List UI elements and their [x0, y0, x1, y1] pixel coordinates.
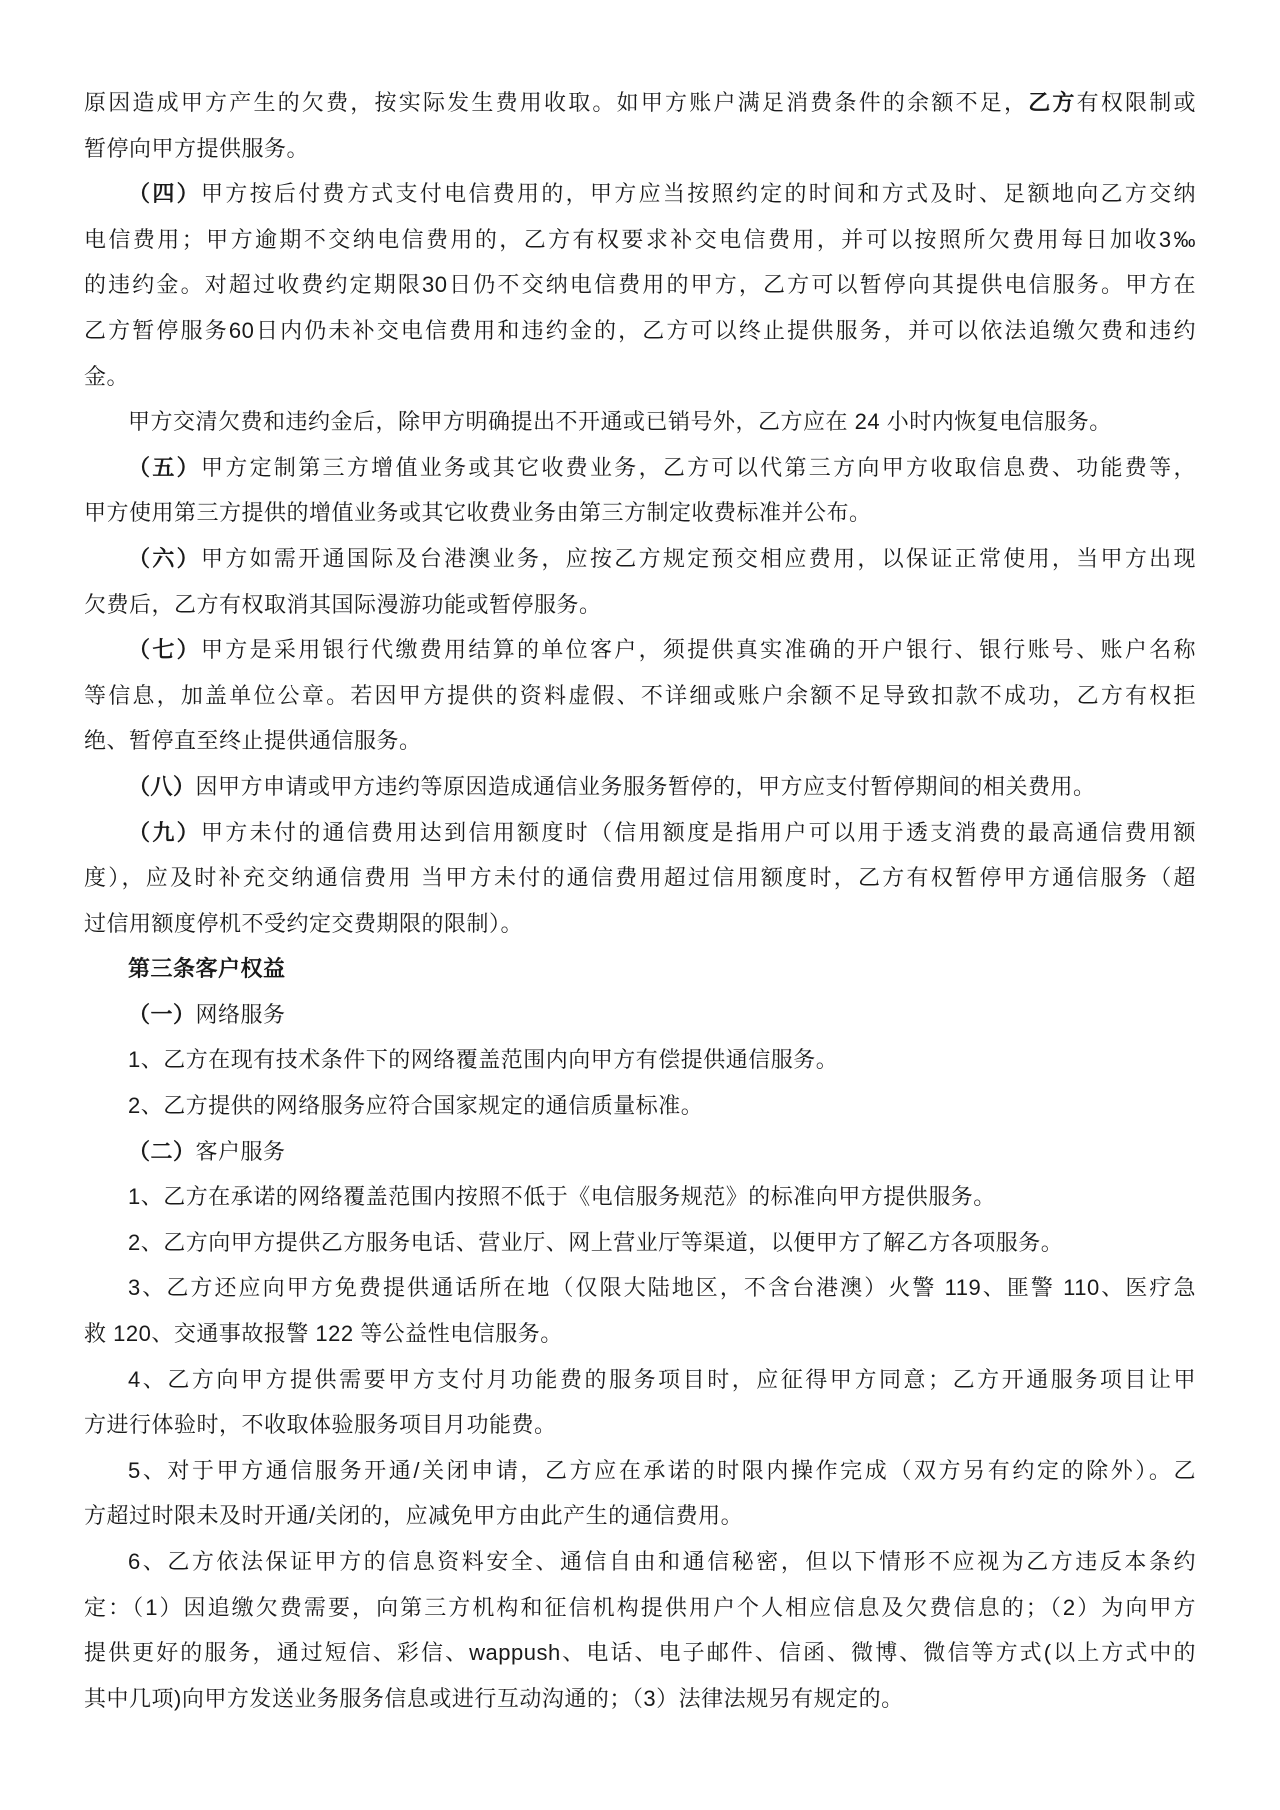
body-text: 绝、暂停直至终止提供通信服务。: [84, 728, 422, 753]
body-text: 乙方暂停服务60日内仍未补交电信费用和违约金的，乙方可以终止提供服务，并可以依法…: [84, 318, 1196, 343]
text-line: （五）甲方定制第三方增值业务或其它收费业务，乙方可以代第三方向甲方收取信息费、功…: [84, 445, 1196, 491]
bold-text: （四）: [128, 181, 201, 206]
body-text: 有权限制或: [1077, 90, 1196, 115]
body-text: 甲方交清欠费和违约金后，除甲方明确提出不开通或已销号外，乙方应在 24 小时内恢…: [128, 409, 1112, 434]
text-line: 度），应及时补充交纳通信费用 当甲方未付的通信费用超过信用额度时，乙方有权暂停甲…: [84, 855, 1196, 901]
text-line: （四）甲方按后付费方式支付电信费用的，甲方应当按照约定的时间和方式及时、足额地向…: [84, 171, 1196, 217]
body-text: 甲方如需开通国际及台港澳业务，应按乙方规定预交相应费用，以保证正常使用，当甲方出…: [201, 546, 1196, 571]
text-line: 救 120、交通事故报警 122 等公益性电信服务。: [84, 1311, 1196, 1357]
text-line: （七）甲方是采用银行代缴费用结算的单位客户，须提供真实准确的开户银行、银行账号、…: [84, 627, 1196, 673]
body-text: 等信息，加盖单位公章。若因甲方提供的资料虚假、不详细或账户余额不足导致扣款不成功…: [84, 683, 1196, 708]
text-block: 原因造成甲方产生的欠费，按实际发生费用收取。如甲方账户满足消费条件的余额不足，乙…: [84, 80, 1196, 1721]
body-text: 3、乙方还应向甲方免费提供通话所在地（仅限大陆地区，不含台港澳）火警 119、匪…: [128, 1275, 1196, 1300]
body-text: 定：（1）因追缴欠费需要，向第三方机构和征信机构提供用户个人相应信息及欠费信息的…: [84, 1595, 1196, 1620]
body-text: 因甲方申请或甲方违约等原因造成通信业务服务暂停的，甲方应支付暂停期间的相关费用。: [196, 774, 1096, 799]
bold-text: （五）: [128, 455, 201, 480]
body-text: 2、乙方向甲方提供乙方服务电话、营业厅、网上营业厅等渠道，以便甲方了解乙方各项服…: [128, 1230, 1063, 1255]
body-text: 甲方使用第三方提供的增值业务或其它收费业务由第三方制定收费标准并公布。: [84, 500, 872, 525]
text-line: （六）甲方如需开通国际及台港澳业务，应按乙方规定预交相应费用，以保证正常使用，当…: [84, 536, 1196, 582]
text-line: 6、乙方依法保证甲方的信息资料安全、通信自由和通信秘密，但以下情形不应视为乙方违…: [84, 1539, 1196, 1585]
text-line: 其中几项)向甲方发送业务服务信息或进行互动沟通的；（3）法律法规另有规定的。: [84, 1676, 1196, 1722]
body-text: 救 120、交通事故报警 122 等公益性电信服务。: [84, 1321, 563, 1346]
text-line: 金。: [84, 354, 1196, 400]
text-line: 2、乙方提供的网络服务应符合国家规定的通信质量标准。: [84, 1083, 1196, 1129]
text-line: 第三条客户权益: [84, 946, 1196, 992]
text-line: 5、对于甲方通信服务开通/关闭申请，乙方应在承诺的时限内操作完成（双方另有约定的…: [84, 1448, 1196, 1494]
document-page: 原因造成甲方产生的欠费，按实际发生费用收取。如甲方账户满足消费条件的余额不足，乙…: [0, 0, 1280, 1810]
body-text: 甲方定制第三方增值业务或其它收费业务，乙方可以代第三方向甲方收取信息费、功能费等…: [201, 455, 1196, 480]
text-line: 3、乙方还应向甲方免费提供通话所在地（仅限大陆地区，不含台港澳）火警 119、匪…: [84, 1265, 1196, 1311]
text-line: 暂停向甲方提供服务。: [84, 126, 1196, 172]
bold-text: （九）: [128, 820, 201, 845]
text-line: 方超过时限未及时开通/关闭的，应减免甲方由此产生的通信费用。: [84, 1493, 1196, 1539]
body-text: 度），应及时补充交纳通信费用 当甲方未付的通信费用超过信用额度时，乙方有权暂停甲…: [84, 865, 1196, 890]
body-text: 的违约金。对超过收费约定期限30日仍不交纳电信费用的甲方，乙方可以暂停向其提供电…: [84, 272, 1196, 297]
text-line: 乙方暂停服务60日内仍未补交电信费用和违约金的，乙方可以终止提供服务，并可以依法…: [84, 308, 1196, 354]
body-text: 暂停向甲方提供服务。: [84, 136, 309, 161]
bold-text: 乙方: [1028, 90, 1076, 115]
body-text: 4、乙方向甲方提供需要甲方支付月功能费的服务项目时，应征得甲方同意；乙方开通服务…: [128, 1367, 1196, 1392]
text-line: 过信用额度停机不受约定交费期限的限制）。: [84, 901, 1196, 947]
body-text: 金。: [84, 364, 129, 389]
body-text: 6、乙方依法保证甲方的信息资料安全、通信自由和通信秘密，但以下情形不应视为乙方违…: [128, 1549, 1196, 1574]
text-line: 提供更好的服务，通过短信、彩信、wappush、电话、电子邮件、信函、微博、微信…: [84, 1630, 1196, 1676]
bold-text: （一）: [128, 1002, 196, 1027]
body-text: 1、乙方在承诺的网络覆盖范围内按照不低于《电信服务规范》的标准向甲方提供服务。: [128, 1184, 996, 1209]
text-line: （九）甲方未付的通信费用达到信用额度时（信用额度是指用户可以用于透支消费的最高通…: [84, 810, 1196, 856]
body-text: 方超过时限未及时开通/关闭的，应减免甲方由此产生的通信费用。: [84, 1503, 743, 1528]
body-text: 2、乙方提供的网络服务应符合国家规定的通信质量标准。: [128, 1093, 703, 1118]
text-line: 欠费后，乙方有权取消其国际漫游功能或暂停服务。: [84, 582, 1196, 628]
body-text: 甲方按后付费方式支付电信费用的，甲方应当按照约定的时间和方式及时、足额地向乙方交…: [201, 181, 1196, 206]
text-line: 甲方使用第三方提供的增值业务或其它收费业务由第三方制定收费标准并公布。: [84, 490, 1196, 536]
text-line: 绝、暂停直至终止提供通信服务。: [84, 718, 1196, 764]
body-text: 过信用额度停机不受约定交费期限的限制）。: [84, 911, 523, 936]
bold-text: （六）: [128, 546, 201, 571]
body-text: 网络服务: [196, 1002, 286, 1027]
body-text: 欠费后，乙方有权取消其国际漫游功能或暂停服务。: [84, 592, 602, 617]
body-text: 电信费用；甲方逾期不交纳电信费用的，乙方有权要求补交电信费用，并可以按照所欠费用…: [84, 227, 1196, 252]
body-text: 甲方是采用银行代缴费用结算的单位客户，须提供真实准确的开户银行、银行账号、账户名…: [201, 637, 1196, 662]
bold-text: （八）: [128, 774, 196, 799]
body-text: 1、乙方在现有技术条件下的网络覆盖范围内向甲方有偿提供通信服务。: [128, 1047, 838, 1072]
text-line: 1、乙方在承诺的网络覆盖范围内按照不低于《电信服务规范》的标准向甲方提供服务。: [84, 1174, 1196, 1220]
body-text: 其中几项)向甲方发送业务服务信息或进行互动沟通的；（3）法律法规另有规定的。: [84, 1686, 904, 1711]
text-line: 等信息，加盖单位公章。若因甲方提供的资料虚假、不详细或账户余额不足导致扣款不成功…: [84, 673, 1196, 719]
bold-text: 第三条客户权益: [128, 956, 286, 981]
body-text: 客户服务: [196, 1139, 286, 1164]
text-line: 1、乙方在现有技术条件下的网络覆盖范围内向甲方有偿提供通信服务。: [84, 1037, 1196, 1083]
text-line: 的违约金。对超过收费约定期限30日仍不交纳电信费用的甲方，乙方可以暂停向其提供电…: [84, 262, 1196, 308]
text-line: 原因造成甲方产生的欠费，按实际发生费用收取。如甲方账户满足消费条件的余额不足，乙…: [84, 80, 1196, 126]
text-line: 甲方交清欠费和违约金后，除甲方明确提出不开通或已销号外，乙方应在 24 小时内恢…: [84, 399, 1196, 445]
text-line: 4、乙方向甲方提供需要甲方支付月功能费的服务项目时，应征得甲方同意；乙方开通服务…: [84, 1357, 1196, 1403]
text-line: （二）客户服务: [84, 1129, 1196, 1175]
body-text: 提供更好的服务，通过短信、彩信、wappush、电话、电子邮件、信函、微博、微信…: [84, 1640, 1196, 1665]
text-line: 方进行体验时，不收取体验服务项目月功能费。: [84, 1402, 1196, 1448]
text-line: 电信费用；甲方逾期不交纳电信费用的，乙方有权要求补交电信费用，并可以按照所欠费用…: [84, 217, 1196, 263]
body-text: 方进行体验时，不收取体验服务项目月功能费。: [84, 1412, 557, 1437]
text-line: 2、乙方向甲方提供乙方服务电话、营业厅、网上营业厅等渠道，以便甲方了解乙方各项服…: [84, 1220, 1196, 1266]
body-text: 5、对于甲方通信服务开通/关闭申请，乙方应在承诺的时限内操作完成（双方另有约定的…: [128, 1458, 1196, 1483]
bold-text: （七）: [128, 637, 201, 662]
text-line: 定：（1）因追缴欠费需要，向第三方机构和征信机构提供用户个人相应信息及欠费信息的…: [84, 1585, 1196, 1631]
body-text: 原因造成甲方产生的欠费，按实际发生费用收取。如甲方账户满足消费条件的余额不足，: [84, 90, 1028, 115]
body-text: 甲方未付的通信费用达到信用额度时（信用额度是指用户可以用于透支消费的最高通信费用…: [201, 820, 1196, 845]
text-line: （一）网络服务: [84, 992, 1196, 1038]
text-line: （八）因甲方申请或甲方违约等原因造成通信业务服务暂停的，甲方应支付暂停期间的相关…: [84, 764, 1196, 810]
bold-text: （二）: [128, 1139, 196, 1164]
